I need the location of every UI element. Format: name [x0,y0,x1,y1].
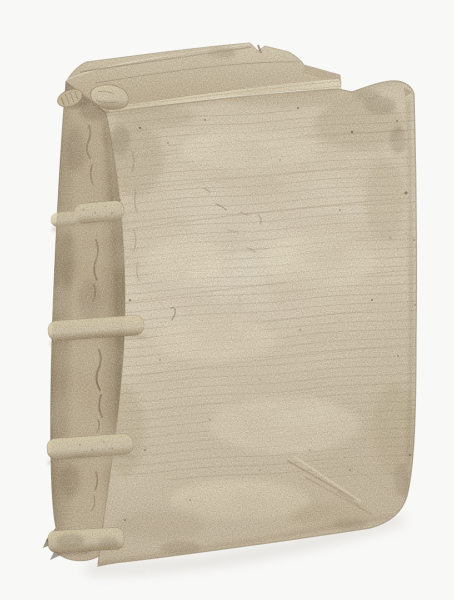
grain-texture [40,35,430,580]
book [40,35,430,580]
book-photograph [0,0,454,600]
photo-frame [0,0,454,600]
